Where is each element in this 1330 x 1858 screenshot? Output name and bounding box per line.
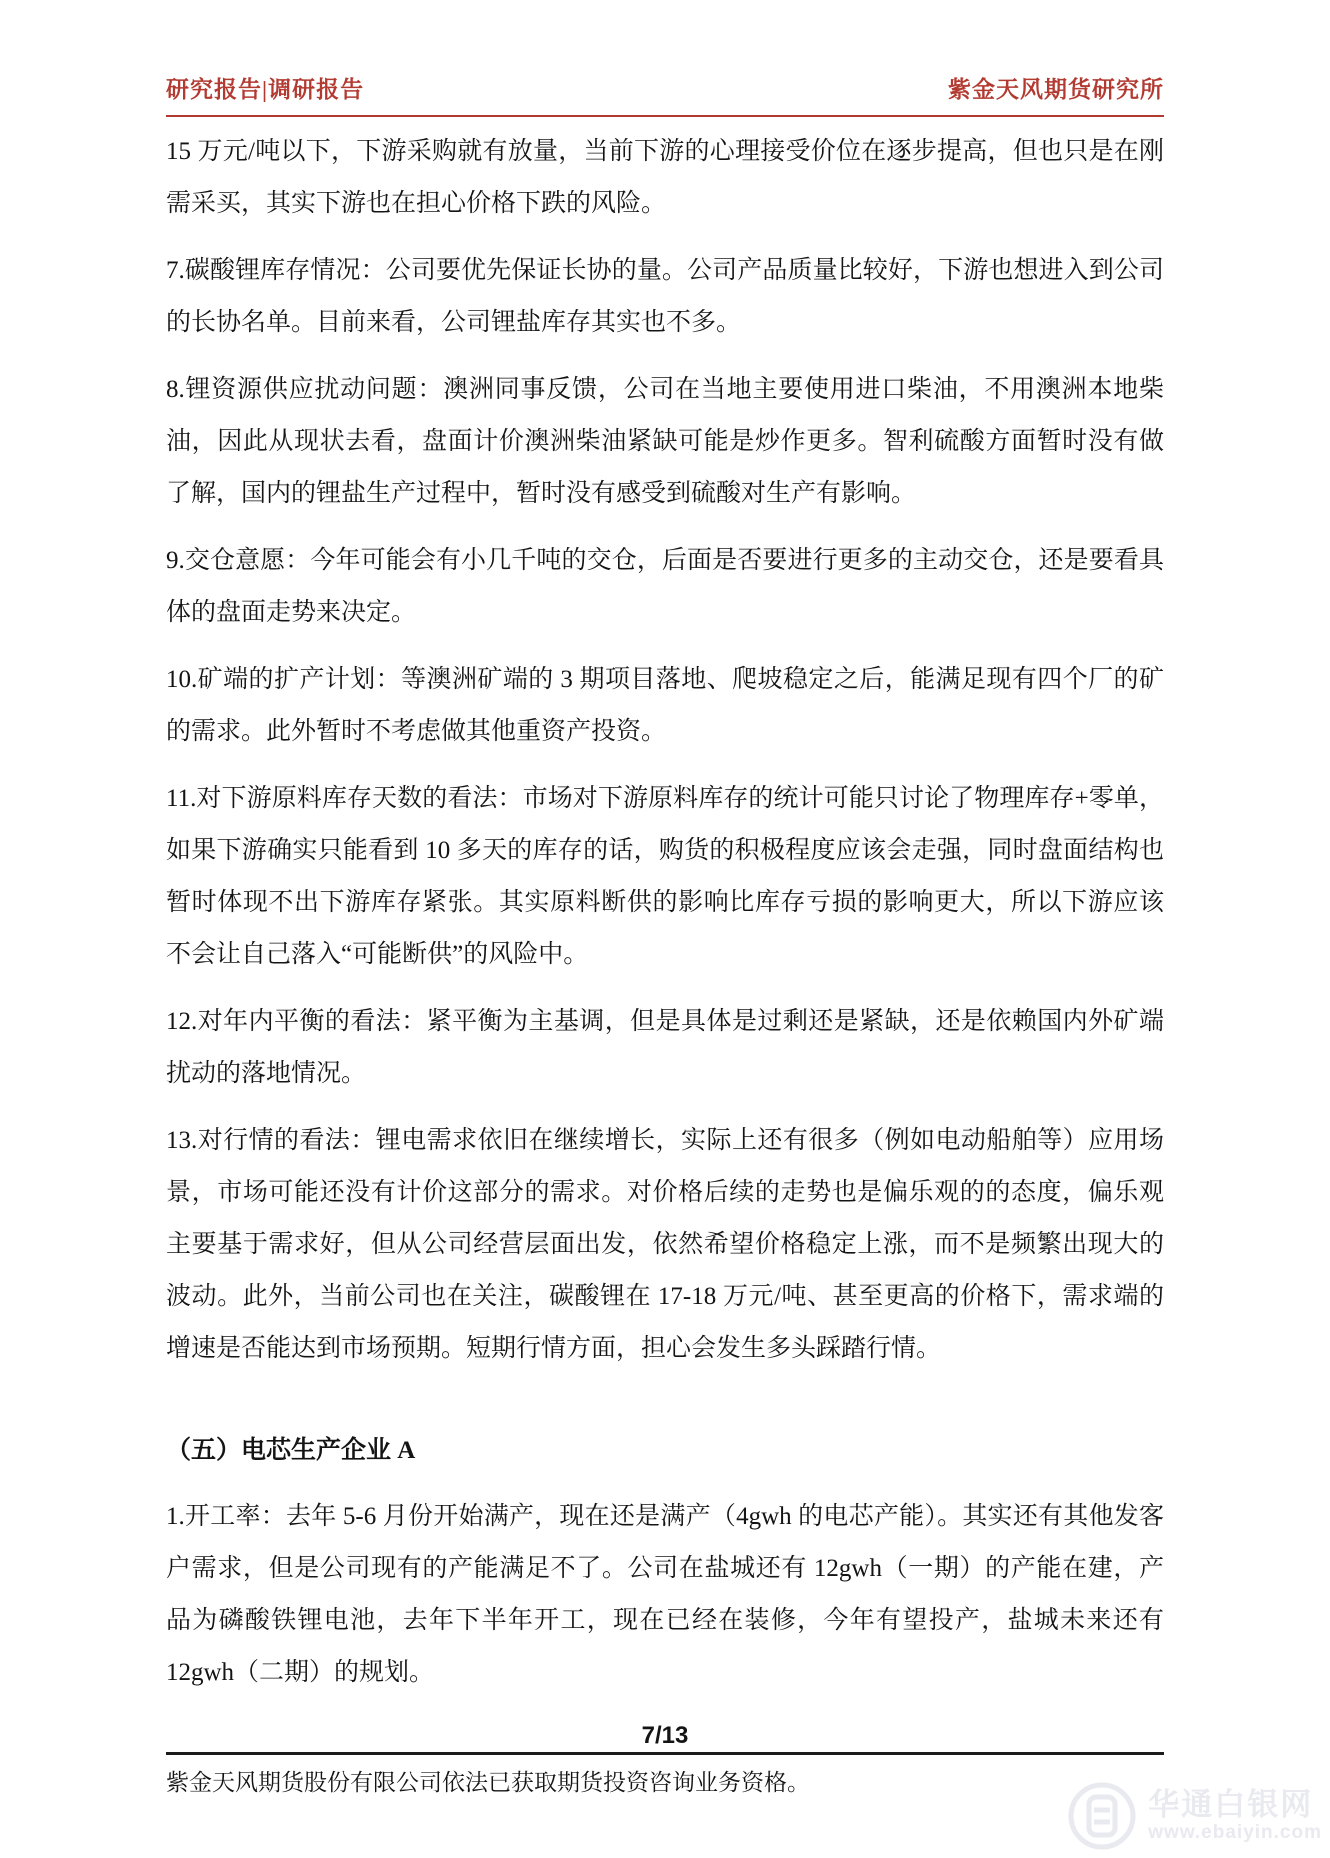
body-paragraph: 12.对年内平衡的看法：紧平衡为主基调，但是具体是过剩还是紧缺，还是依赖国内外矿… [166, 996, 1164, 1100]
header-institute-label: 紫金天风期货研究所 [948, 71, 1164, 104]
watermark-site-url: www.ebaiyin.com [1148, 1822, 1322, 1844]
watermark: 华通白银网 www.ebaiyin.com [1066, 1780, 1322, 1852]
body-paragraph: 8.锂资源供应扰动问题：澳洲同事反馈，公司在当地主要使用进口柴油，不用澳洲本地柴… [166, 364, 1164, 520]
watermark-site-name: 华通白银网 [1148, 1788, 1313, 1822]
body-paragraph: 13.对行情的看法：锂电需求依旧在继续增长，实际上还有很多（例如电动船舶等）应用… [166, 1115, 1164, 1375]
page-header: 研究报告|调研报告 紫金天风期货研究所 [166, 71, 1164, 104]
body-paragraph: 15 万元/吨以下，下游采购就有放量，当前下游的心理接受价位在逐步提高，但也只是… [166, 126, 1164, 230]
body-paragraph: 1.开工率：去年 5-6 月份开始满产，现在还是满产（4gwh 的电芯产能）。其… [166, 1491, 1164, 1699]
document-page: 研究报告|调研报告 紫金天风期货研究所 15 万元/吨以下，下游采购就有放量，当… [0, 0, 1330, 1858]
page-number: 7/13 [0, 1722, 1330, 1750]
body-paragraph: 9.交仓意愿：今年可能会有小几千吨的交仓，后面是否要进行更多的主动交仓，还是要看… [166, 535, 1164, 639]
body-paragraph: 10.矿端的扩产计划：等澳洲矿端的 3 期项目落地、爬坡稳定之后，能满足现有四个… [166, 654, 1164, 758]
document-body: 15 万元/吨以下，下游采购就有放量，当前下游的心理接受价位在逐步提高，但也只是… [166, 126, 1164, 1714]
watermark-text: 华通白银网 www.ebaiyin.com [1148, 1788, 1322, 1844]
footer-divider [166, 1752, 1164, 1755]
header-divider [166, 115, 1164, 117]
footer-disclaimer: 紫金天风期货股份有限公司依法已获取期货投资咨询业务资格。 [166, 1766, 810, 1800]
header-report-type-label: 研究报告|调研报告 [166, 71, 364, 104]
body-paragraph: 11.对下游原料库存天数的看法：市场对下游原料库存的统计可能只讨论了物理库存+零… [166, 773, 1164, 981]
section-heading: （五）电芯生产企业 A [166, 1425, 1164, 1477]
body-paragraph: 7.碳酸锂库存情况：公司要优先保证长协的量。公司产品质量比较好，下游也想进入到公… [166, 245, 1164, 349]
ebaiyin-circle-logo-icon [1066, 1780, 1138, 1852]
